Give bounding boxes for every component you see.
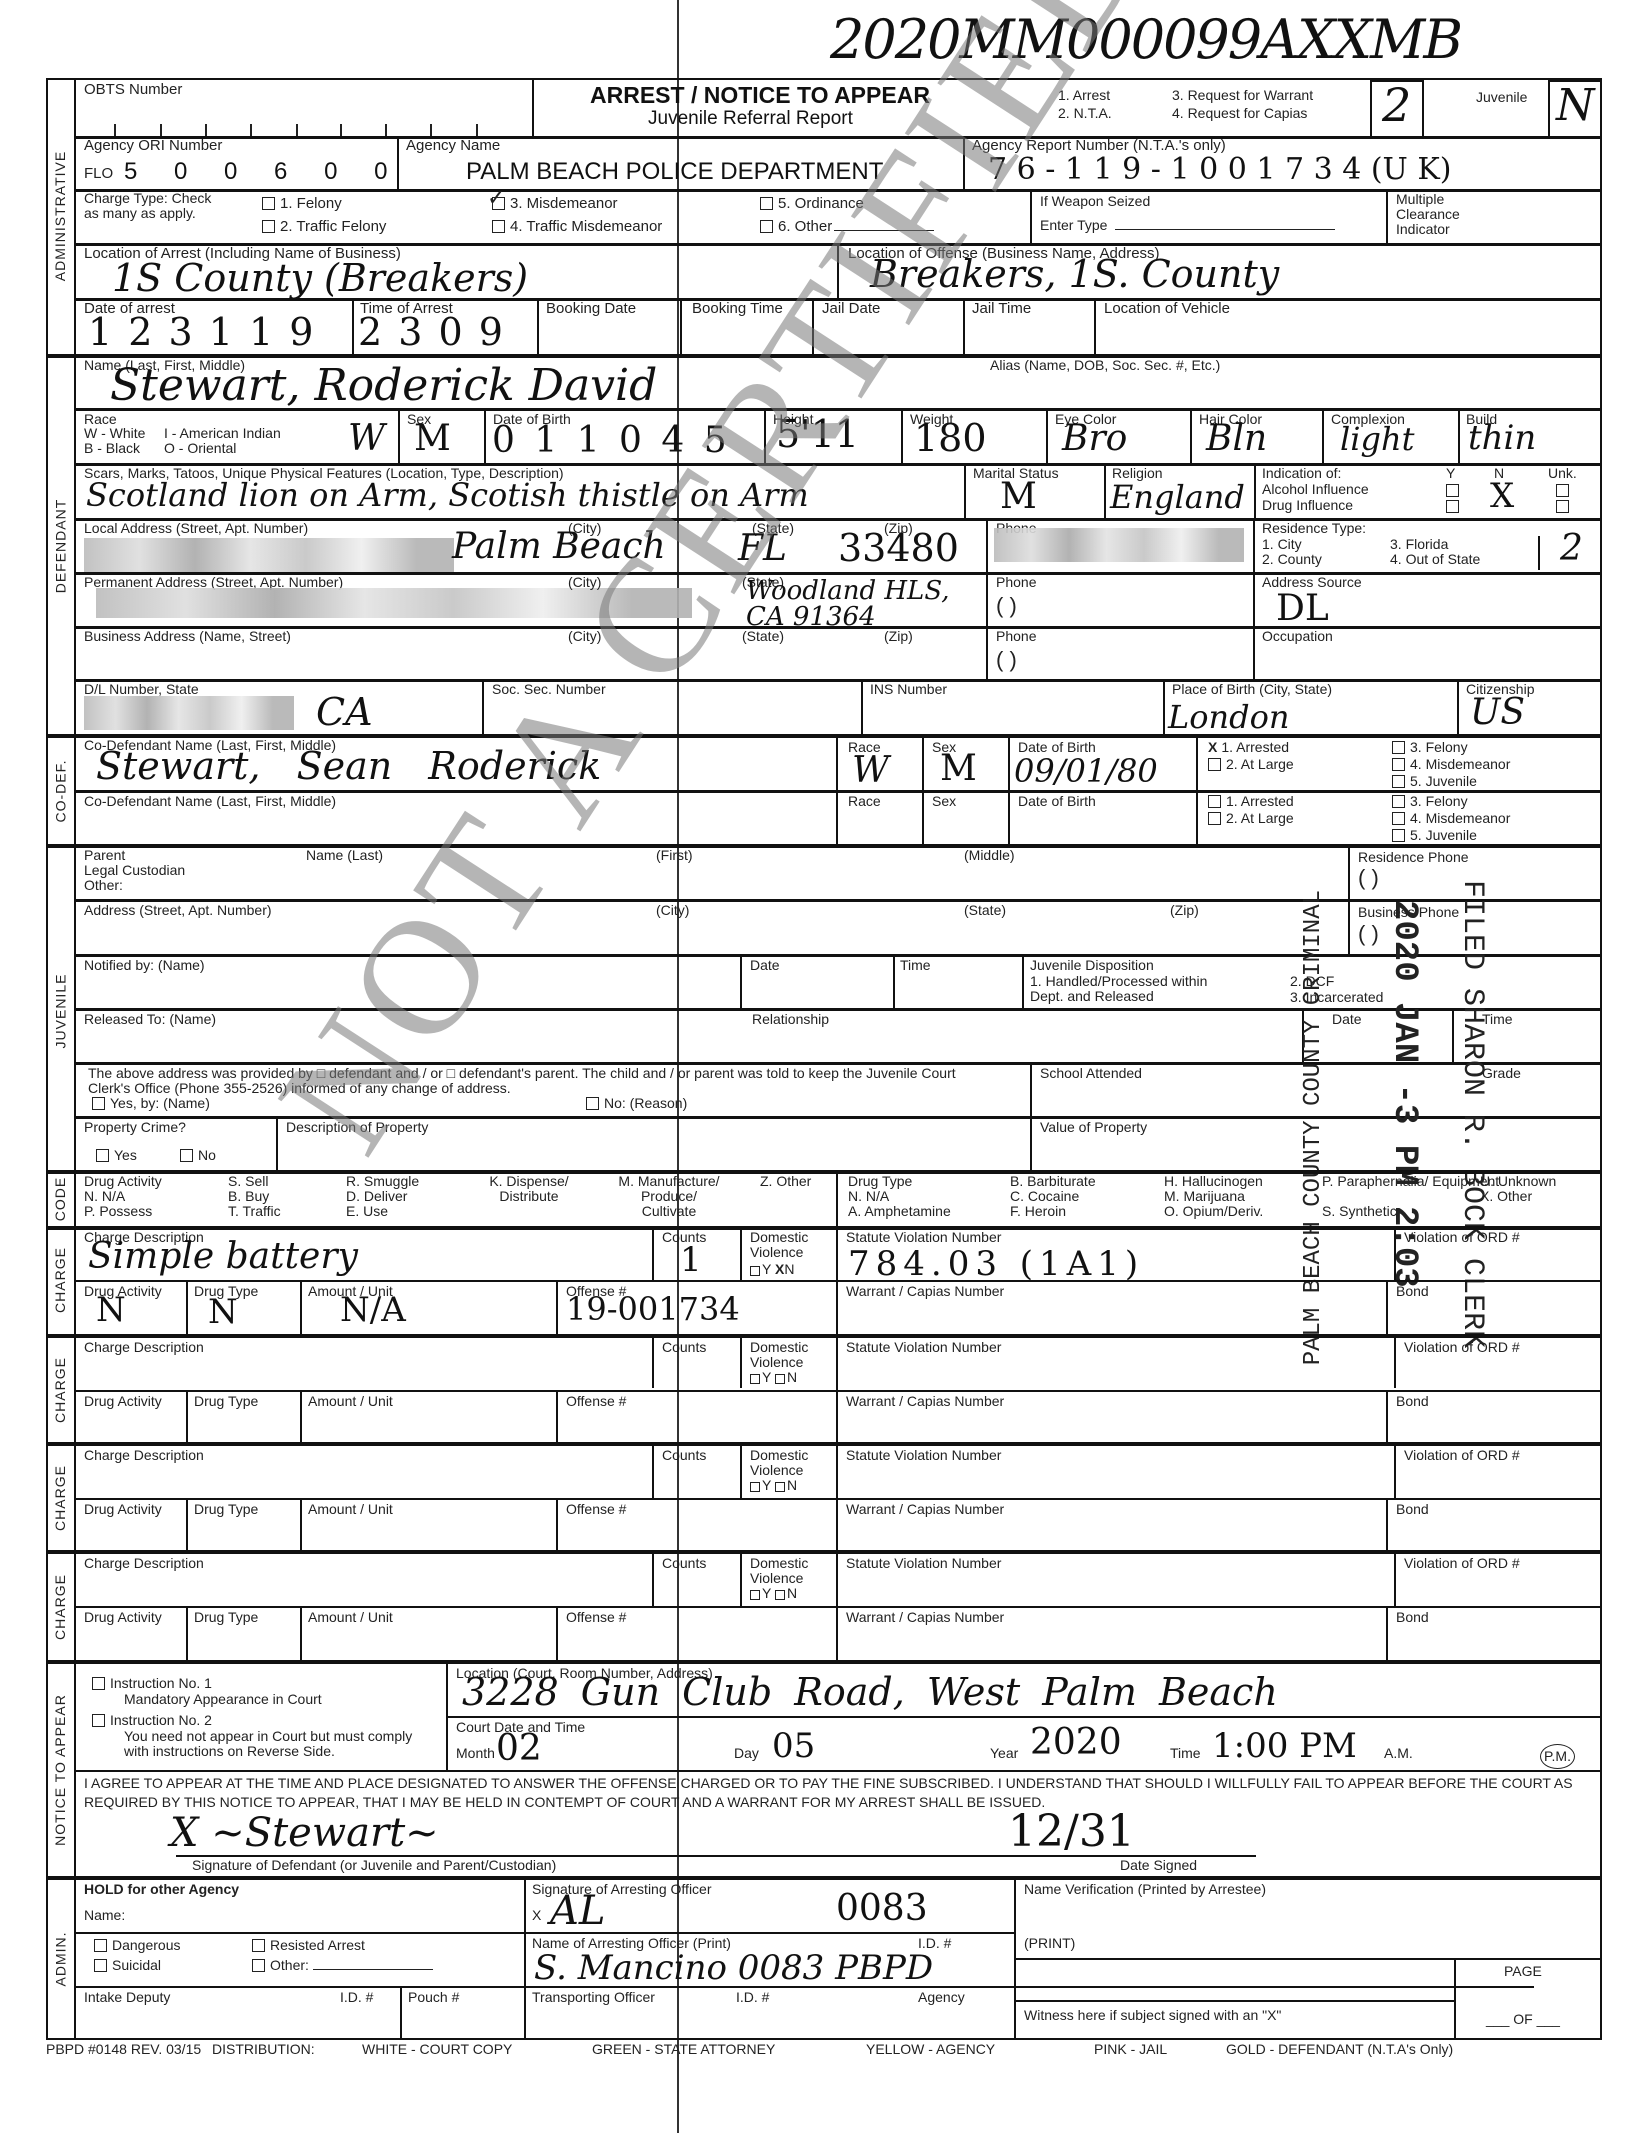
dl-state-value: CA [316, 690, 373, 734]
sex-value: M [414, 418, 451, 459]
pouch-label: Pouch # [408, 1990, 459, 2005]
juv-state-label: (State) [964, 903, 1006, 918]
form-title: ARREST / NOTICE TO APPEAR [590, 82, 930, 109]
clerk-stamp-line1: FILED SHARON R. BOCK CLERK [1455, 880, 1489, 1348]
type-option-3: 3. Request for Warrant [1172, 88, 1313, 103]
distribution-label: DISTRIBUTION: [212, 2041, 315, 2057]
released-date-label: Date [1332, 1012, 1362, 1027]
indication-col-unk: Unk. [1548, 466, 1577, 481]
drug-activity-na: N. N/A [84, 1189, 125, 1204]
juvenile-value: N [1556, 80, 1595, 131]
charge1-drug-type-value: N [208, 1292, 238, 1332]
charge1-amount-value: N/A [340, 1290, 406, 1330]
charge1-dv-options[interactable]: Y XN [750, 1262, 794, 1277]
local-city-value: Palm Beach [452, 526, 666, 567]
multiple-clearance-label: Multiple Clearance Indicator [1396, 192, 1486, 237]
alias-label: Alias (Name, DOB, Soc. Sec. #, Etc.) [990, 358, 1220, 373]
ori-prefix: FLO [84, 166, 113, 182]
charge3-domestic-label: Domestic Violence [750, 1448, 820, 1478]
drug-unk-checkbox[interactable] [1556, 500, 1569, 513]
codef2-race-label: Race [848, 794, 881, 809]
business-zip-label: (Zip) [884, 629, 913, 644]
notified-date-label: Date [750, 958, 780, 973]
codef1-juvenile[interactable]: 5. Juvenile [1392, 774, 1477, 789]
drug-type-na: N. N/A [848, 1189, 889, 1204]
charge3-description-label: Charge Description [84, 1448, 204, 1463]
drug-type-unknown: U. Unknown [1480, 1174, 1556, 1189]
drug-activity-possess: P. Possess [84, 1204, 152, 1219]
instruction-1-text: Mandatory Appearance in Court [124, 1692, 322, 1707]
indication-label: Indication of: [1262, 466, 1341, 481]
ins-label: INS Number [870, 682, 947, 697]
check-icon: ✓ [487, 190, 505, 206]
charge1-domestic-label: Domestic Violence [750, 1230, 820, 1260]
charge2-counts-label: Counts [662, 1340, 706, 1355]
type-option-1: 1. Arrest [1058, 88, 1110, 103]
charge-type-ordinance[interactable]: 5. Ordinance [760, 196, 864, 212]
type-option-4: 4. Request for Capias [1172, 106, 1307, 121]
section-label-charge-1: CHARGE [46, 1226, 74, 1334]
codef2-at-large[interactable]: 2. At Large [1208, 811, 1294, 826]
drug-type-x-other: X. Other [1480, 1189, 1532, 1204]
charge4-counts-label: Counts [662, 1556, 706, 1571]
drug-y-checkbox[interactable] [1446, 500, 1459, 513]
charge3-statute-label: Statute Violation Number [846, 1448, 1001, 1463]
codef2-name-label: Co-Defendant Name (Last, First, Middle) [84, 794, 336, 809]
residence-type-city: 1. City [1262, 537, 1302, 552]
permanent-phone-label: Phone [996, 575, 1036, 590]
date-signed-value: 12/31 [1008, 1806, 1135, 1857]
codef1-misdemeanor[interactable]: 4. Misdemeanor [1392, 757, 1510, 772]
occupation-label: Occupation [1262, 629, 1333, 644]
transport-id-label: I.D. # [736, 1990, 769, 2005]
transport-label: Transporting Officer [532, 1990, 655, 2005]
parent-label: Parent Legal Custodian Other: [84, 848, 185, 893]
charge1-statute-value: 784.03 (1A1) [848, 1244, 1144, 1284]
codef2-felony[interactable]: 3. Felony [1392, 794, 1468, 809]
drug-activity-dispense: K. Dispense/ Distribute [484, 1174, 574, 1204]
hold-label: HOLD for other Agency [84, 1882, 239, 1897]
page-label: PAGE [1504, 1964, 1542, 1979]
hold-name-label: Name: [84, 1908, 125, 1923]
local-address-label: Local Address (Street, Apt. Number) [84, 521, 308, 536]
drug-activity-buy: B. Buy [228, 1189, 269, 1204]
dl-label: D/L Number, State [84, 682, 199, 697]
notified-label: Notified by: (Name) [84, 958, 205, 973]
charge4-dv-options[interactable]: Y N [750, 1586, 797, 1601]
year-label: Year [990, 1746, 1018, 1761]
local-state-value: FL [738, 528, 787, 569]
type-value: 2 [1382, 78, 1411, 132]
charge1-description-value: Simple battery [88, 1236, 358, 1277]
charge4-drug-activity-label: Drug Activity [84, 1610, 162, 1625]
codef1-dob-value: 09/01/80 [1014, 752, 1158, 790]
drug-type-opium: O. Opium/Deriv. [1164, 1204, 1263, 1219]
business-phone-blank[interactable]: ( ) [996, 652, 1017, 668]
local-zip-value: 33480 [838, 526, 959, 570]
drug-type-cocaine: C. Cocaine [1010, 1189, 1079, 1204]
pob-label: Place of Birth (City, State) [1172, 682, 1332, 697]
charge-type-traffic-felony[interactable]: 2. Traffic Felony [262, 219, 386, 235]
drug-type-paraphernalia: P. Paraphernalia/ Equipment [1322, 1174, 1499, 1189]
residence-type-out-of-state: 4. Out of State [1390, 552, 1480, 567]
drug-type-title: Drug Type [848, 1174, 912, 1189]
charge3-warrant-label: Warrant / Capias Number [846, 1502, 1004, 1517]
codef2-dob-label: Date of Birth [1018, 794, 1096, 809]
charge3-ord-label: Violation of ORD # [1404, 1448, 1520, 1463]
charge4-offense-label: Offense # [566, 1610, 626, 1625]
drug-label: Drug Influence [1262, 498, 1353, 513]
weight-value: 180 [914, 416, 987, 460]
drug-activity-manufacture: M. Manufacture/ Produce/ Cultivate [614, 1174, 724, 1219]
section-label-co-def: CO-DEF. [46, 736, 74, 846]
drug-activity-title: Drug Activity [84, 1174, 162, 1189]
citizenship-value: US [1470, 692, 1525, 733]
no-reason-option[interactable]: No: (Reason) [586, 1096, 687, 1111]
race-value: W [348, 418, 385, 459]
religion-value: England [1110, 478, 1245, 516]
redacted-local-phone [994, 528, 1244, 562]
section-label-juvenile: JUVENILE [46, 846, 74, 1176]
redacted-permanent-address [96, 588, 692, 618]
juv-first-label: (First) [656, 848, 693, 863]
juv-zip-label: (Zip) [1170, 903, 1199, 918]
juvenile-label: Juvenile [1476, 90, 1527, 105]
permanent-phone-blank[interactable]: ( ) [996, 598, 1017, 614]
charge1-counts-value: 1 [680, 1240, 702, 1280]
codef1-at-large[interactable]: 2. At Large [1208, 757, 1294, 772]
property-desc-label: Description of Property [286, 1120, 428, 1135]
permanent-city-label: (City) [568, 575, 601, 590]
redacted-local-address [84, 538, 454, 572]
residence-type-florida: 3. Florida [1390, 537, 1448, 552]
vehicle-location-label: Location of Vehicle [1104, 301, 1230, 317]
codef2-arrested[interactable]: 1. Arrested [1208, 794, 1294, 809]
marital-value: M [1000, 476, 1037, 517]
ssn-label: Soc. Sec. Number [492, 682, 606, 697]
charge4-description-label: Charge Description [84, 1556, 204, 1571]
drug-type-hallucinogen: H. Hallucinogen [1164, 1174, 1263, 1189]
drug-type-barbiturate: B. Barbiturate [1010, 1174, 1096, 1189]
race-legend-o: O - Oriental [164, 441, 236, 456]
juv-city-label: (City) [656, 903, 689, 918]
witness-label: Witness here if subject signed with an "… [1024, 2008, 1281, 2023]
charge2-amount-label: Amount / Unit [308, 1394, 393, 1409]
weapon-label: If Weapon Seized [1040, 194, 1150, 209]
charge2-offense-label: Offense # [566, 1394, 626, 1409]
drug-type-marijuana: M. Marijuana [1164, 1189, 1245, 1204]
charge4-statute-label: Statute Violation Number [846, 1556, 1001, 1571]
time-arrest-value: 2 3 0 9 [358, 310, 505, 354]
address-source-value: DL [1276, 588, 1329, 629]
business-state-label: (State) [742, 629, 784, 644]
disposition-option-1: 1. Handled/Processed within Dept. and Re… [1030, 974, 1220, 1004]
copy-green: GREEN - STATE ATTORNEY [592, 2041, 775, 2057]
jail-date-label: Jail Date [822, 301, 880, 317]
time-value: 1:00 PM [1212, 1726, 1357, 1766]
agency-name-value: PALM BEACH POLICE DEPARTMENT [466, 158, 883, 186]
drug-activity-smuggle: R. Smuggle [346, 1174, 419, 1189]
copy-gold: GOLD - DEFENDANT (N.T.A's Only) [1226, 2041, 1453, 2057]
day-label: Day [734, 1746, 759, 1761]
residence-type-county: 2. County [1262, 552, 1322, 567]
section-label-admin: ADMIN. [46, 1878, 74, 2040]
pm-label[interactable]: P.M. [1540, 1744, 1575, 1769]
charge2-description-label: Charge Description [84, 1340, 204, 1355]
location-offense-value: Breakers, 1S. County [870, 252, 1279, 296]
codef1-sex-value: M [940, 748, 977, 789]
charge-type-label: Charge Type: Check as many as apply. [84, 191, 214, 221]
yes-by-option[interactable]: Yes, by: (Name) [92, 1096, 210, 1111]
section-rail [74, 78, 76, 2040]
charge-type-misdemeanor[interactable]: ✓3. Misdemeanor [492, 196, 618, 212]
height-value: 5'11 [776, 412, 859, 456]
form-number: PBPD #0148 REV. 03/15 [46, 2041, 201, 2057]
charge2-bond-label: Bond [1396, 1394, 1429, 1409]
influence-n-mark[interactable]: X [1490, 476, 1514, 516]
drug-activity-traffic: T. Traffic [228, 1204, 281, 1219]
charge1-statute-label: Statute Violation Number [846, 1230, 1001, 1245]
charge1-bond-label: Bond [1396, 1284, 1429, 1299]
report-number-value: 7 6 - 1 1 9 - 1 0 0 1 7 3 4 (U K) [988, 152, 1451, 187]
drug-type-amphetamine: A. Amphetamine [848, 1204, 951, 1219]
officer-sig-id: 0083 [836, 1888, 928, 1929]
court-location-value: 3228 Gun Club Road, West Palm Beach [462, 1670, 1278, 1714]
property-yes-option[interactable]: Yes [96, 1148, 137, 1163]
property-no-option[interactable]: No [180, 1148, 216, 1163]
codef2-juvenile[interactable]: 5. Juvenile [1392, 828, 1477, 843]
permanent-city-state-zip: Woodland HLS, CA 91364 [746, 578, 986, 630]
address-notice-text: The above address was provided by □ defe… [88, 1066, 958, 1096]
agreement-text: I AGREE TO APPEAR AT THE TIME AND PLACE … [84, 1774, 1584, 1812]
month-value: 02 [496, 1728, 542, 1769]
drug-activity-other: Z. Other [760, 1174, 811, 1189]
alcohol-label: Alcohol Influence [1262, 482, 1369, 497]
defendant-signature[interactable]: X ~Stewart~ [170, 1810, 439, 1856]
agency-label: Agency [918, 1990, 965, 2005]
charge2-ord-label: Violation of ORD # [1404, 1340, 1520, 1355]
juv-name-last-label: Name (Last) [306, 848, 383, 863]
signature-label: Signature of Defendant (or Juvenile and … [192, 1858, 556, 1873]
booking-date-label: Booking Date [546, 301, 636, 317]
ori-value: 5 0 0 6 0 0 [124, 158, 398, 186]
business-address-label: Business Address (Name, Street) [84, 629, 291, 644]
codef2-misdemeanor[interactable]: 4. Misdemeanor [1392, 811, 1510, 826]
weapon-enter-type[interactable]: Enter Type [1040, 218, 1335, 233]
charge2-drug-type-label: Drug Type [194, 1394, 258, 1409]
x-mark-icon: X [1208, 739, 1217, 755]
other-option[interactable]: Other: [252, 1958, 433, 1973]
handwritten-case-number: 2020MM000099AXXMB [830, 8, 1461, 71]
relationship-label: Relationship [752, 1012, 829, 1027]
copy-pink: PINK - JAIL [1094, 2041, 1167, 2057]
juv-middle-label: (Middle) [964, 848, 1015, 863]
codef1-race-value: W [852, 750, 889, 791]
residence-phone-blank[interactable]: ( ) [1358, 870, 1379, 886]
charge2-warrant-label: Warrant / Capias Number [846, 1394, 1004, 1409]
hair-color-value: Bln [1206, 418, 1267, 459]
charge1-drug-activity-value: N [96, 1290, 126, 1330]
build-value: thin [1468, 418, 1536, 458]
charge4-domestic-label: Domestic Violence [750, 1556, 820, 1586]
page-of: ___ OF ___ [1486, 2012, 1560, 2027]
residence-phone-label: Residence Phone [1358, 850, 1469, 865]
copy-white: WHITE - COURT COPY [362, 2041, 512, 2057]
indication-col-y: Y [1446, 466, 1455, 481]
eye-color-value: Bro [1062, 418, 1127, 459]
property-value-label: Value of Property [1040, 1120, 1147, 1135]
print-label: (PRINT) [1024, 1936, 1075, 1951]
charge2-domestic-label: Domestic Violence [750, 1340, 820, 1370]
date-signed-label: Date Signed [1120, 1858, 1197, 1873]
charge1-ord-label: Violation of ORD # [1404, 1230, 1520, 1245]
school-label: School Attended [1040, 1066, 1142, 1081]
charge3-drug-activity-label: Drug Activity [84, 1502, 162, 1517]
form-subtitle: Juvenile Referral Report [648, 108, 853, 130]
charge4-warrant-label: Warrant / Capias Number [846, 1610, 1004, 1625]
section-label-administrative: ADMINISTRATIVE [46, 78, 74, 354]
pob-value: London [1168, 698, 1289, 736]
alcohol-y-checkbox[interactable] [1446, 484, 1459, 497]
scars-value: Scotland lion on Arm, Scotish thistle on… [86, 476, 809, 514]
day-value: 05 [772, 1726, 815, 1766]
charge-type-traffic-misdemeanor[interactable]: 4. Traffic Misdemeanor [492, 219, 662, 235]
section-label-notice: NOTICE TO APPEAR [46, 1662, 74, 1878]
race-legend-w: W - White [84, 426, 145, 441]
drug-activity-deliver: D. Deliver [346, 1189, 407, 1204]
charge1-warrant-label: Warrant / Capias Number [846, 1284, 1004, 1299]
ori-label: Agency ORI Number [84, 138, 222, 154]
time-label: Time [1170, 1746, 1201, 1761]
jail-time-label: Jail Time [972, 301, 1031, 317]
codef1-name-value: Stewart, Sean Roderick [96, 744, 601, 788]
year-value: 2020 [1030, 1722, 1122, 1763]
defendant-name-value: Stewart, Roderick David [110, 360, 657, 411]
redacted-dl-number [84, 696, 294, 730]
codef2-sex-label: Sex [932, 794, 956, 809]
section-label-charge-3: CHARGE [46, 1444, 74, 1552]
resisted-option[interactable]: Resisted Arrest [252, 1938, 365, 1953]
dangerous-option[interactable]: Dangerous [94, 1938, 181, 1953]
charge3-drug-type-label: Drug Type [194, 1502, 258, 1517]
business-phone-blank-juv[interactable]: ( ) [1358, 926, 1379, 942]
obts-label: OBTS Number [84, 82, 182, 98]
residence-type-label: Residence Type: [1262, 521, 1366, 536]
charge4-bond-label: Bond [1396, 1610, 1429, 1625]
charge4-ord-label: Violation of ORD # [1404, 1556, 1520, 1571]
charge-type-felony[interactable]: 1. Felony [262, 196, 342, 212]
officer-signature[interactable]: AL [550, 1888, 605, 1934]
alcohol-unk-checkbox[interactable] [1556, 484, 1569, 497]
booking-time-label: Booking Time [692, 301, 783, 317]
agency-name-label: Agency Name [406, 138, 500, 154]
race-legend-i: I - American Indian [164, 426, 281, 441]
business-phone-label: Phone [996, 629, 1036, 644]
instruction-2-option[interactable]: Instruction No. 2 [92, 1713, 212, 1728]
charge-type-other[interactable]: 6. Other [760, 219, 934, 235]
released-label: Released To: (Name) [84, 1012, 216, 1027]
codef1-felony[interactable]: 3. Felony [1392, 740, 1468, 755]
officer-name-value: S. Mancino 0083 PBPD [534, 1948, 933, 1988]
charge1-offense-value: 19-001734 [566, 1290, 740, 1328]
intake-deputy-label: Intake Deputy [84, 1990, 170, 2005]
juv-address-label: Address (Street, Apt. Number) [84, 903, 272, 918]
drug-activity-sell: S. Sell [228, 1174, 268, 1189]
charge4-drug-type-label: Drug Type [194, 1610, 258, 1625]
disposition-label: Juvenile Disposition [1030, 958, 1154, 973]
charge2-drug-activity-label: Drug Activity [84, 1394, 162, 1409]
complexion-value: light [1340, 420, 1414, 458]
clerk-stamp-line3: PALM BEACH COUNTY COUNTY CRIMINAL [1300, 890, 1327, 1365]
business-city-label: (City) [568, 629, 601, 644]
charge3-dv-options[interactable]: Y N [750, 1478, 797, 1493]
notified-time-label: Time [900, 958, 931, 973]
intake-id-label: I.D. # [340, 1990, 373, 2005]
date-arrest-value: 1 2 3 1 1 9 [88, 310, 315, 354]
charge3-counts-label: Counts [662, 1448, 706, 1463]
drug-type-synthetic: S. Synthetic [1322, 1204, 1397, 1219]
dob-value: 0 1 1 0 4 5 [492, 420, 731, 461]
residence-type-value: 2 [1560, 528, 1583, 569]
instruction-2-text: You need not appear in Court but must co… [124, 1729, 424, 1759]
charge2-dv-options[interactable]: Y N [750, 1370, 797, 1385]
month-label: Month [456, 1746, 495, 1761]
instruction-1-option[interactable]: Instruction No. 1 [92, 1676, 212, 1691]
race-legend-b: B - Black [84, 441, 140, 456]
section-label-charge-2: CHARGE [46, 1336, 74, 1444]
property-crime-label: Property Crime? [84, 1120, 186, 1135]
name-verification-label: Name Verification (Printed by Arrestee) [1024, 1882, 1266, 1897]
section-label-code: CODE [46, 1172, 74, 1226]
section-label-charge-4: CHARGE [46, 1552, 74, 1662]
type-option-2: 2. N.T.A. [1058, 106, 1112, 121]
drug-type-heroin: F. Heroin [1010, 1204, 1066, 1219]
charge3-bond-label: Bond [1396, 1502, 1429, 1517]
section-label-defendant: DEFENDANT [46, 356, 74, 736]
charge3-offense-label: Offense # [566, 1502, 626, 1517]
charge3-amount-label: Amount / Unit [308, 1502, 393, 1517]
officer-sig-x: X [532, 1908, 541, 1923]
drug-activity-use: E. Use [346, 1204, 388, 1219]
copy-yellow: YELLOW - AGENCY [866, 2041, 995, 2057]
am-label: A.M. [1384, 1746, 1413, 1761]
charge4-amount-label: Amount / Unit [308, 1610, 393, 1625]
location-arrest-value: 1S County (Breakers) [112, 256, 528, 300]
charge2-statute-label: Statute Violation Number [846, 1340, 1001, 1355]
codef1-arrested[interactable]: X1. Arrested [1208, 740, 1289, 755]
suicidal-option[interactable]: Suicidal [94, 1958, 161, 1973]
